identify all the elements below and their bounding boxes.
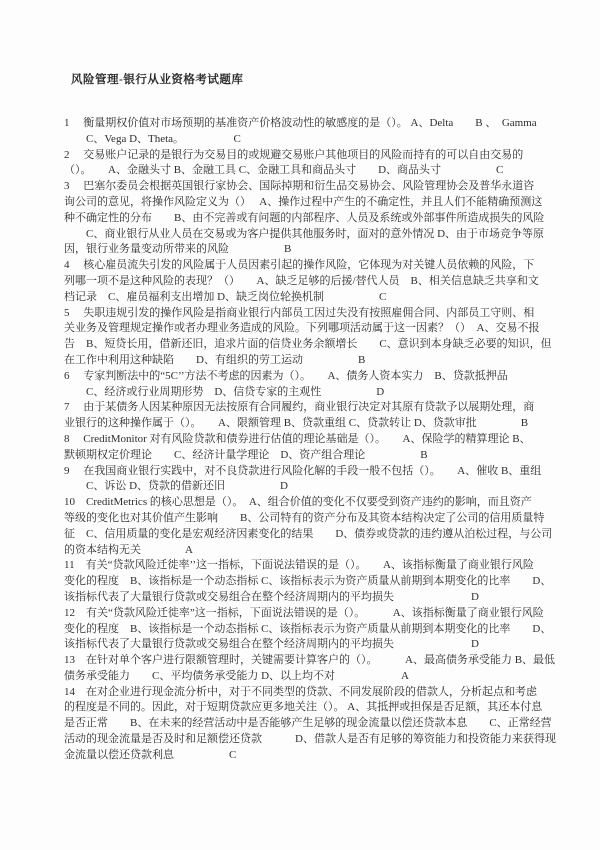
question-item: 5 失职违规引发的操作风险是指商业银行内部员工因过失没有按照雇佣合同、内部员工守… bbox=[64, 306, 564, 369]
question-line: 在工作中利用这种缺陷 D、有组织的劳工运动 B bbox=[64, 353, 564, 369]
question-item: 9 在我国商业银行实践中，对不良贷款进行风险化解的手段一般不包括（）。 A、催收… bbox=[64, 464, 564, 496]
question-item: 14 在对企业进行现金流分析中，对于不同类型的贷款、不同发展阶段的借款人，分析起… bbox=[64, 685, 564, 764]
question-line: 9 在我国商业银行实践中，对不良贷款进行风险化解的手段一般不包括（）。 A、催收… bbox=[64, 464, 564, 480]
question-line: 2 交易账户记录的是银行为交易目的或规避交易账户其他项目的风险而持有的可以自由交… bbox=[64, 148, 564, 164]
question-line: 金流量以偿还贷款利息 C bbox=[64, 748, 564, 764]
question-line: 10 CreditMetrics 的核心思想是（）。 A、组合价值的变化不仅要受… bbox=[64, 495, 564, 511]
question-line: 活动的现金流量是否及时和足额偿还贷款 D、借款人是否有足够的筹资能力和投资能力来… bbox=[64, 732, 564, 748]
question-line: 该指标代表了大量银行贷款或交易组合在整个经济周期内的平均损失 D bbox=[64, 637, 564, 653]
question-line: 档记录 C、雇员福利支出增加 D、缺乏岗位轮换机制 C bbox=[64, 290, 564, 306]
question-item: 6 专家判断法中的“5C’’方法不考虑的因素为（）。 A、债务人资本实力 B、贷… bbox=[64, 369, 564, 401]
question-line: 种不确定性的分布 B、由不完善或有问题的内部程序、人员及系统或外部事件所造成损失… bbox=[64, 211, 564, 227]
document-title: 风险管理-银行从业资格考试题库 bbox=[71, 71, 243, 87]
question-item: 1 衡量期权价值对市场预期的基准资产价格波动性的敏感度的是（）。 A、Delta… bbox=[64, 116, 564, 148]
question-line: C、诉讼 D、贷款的借新还旧 D bbox=[64, 479, 564, 495]
question-line: 5 失职违规引发的操作风险是指商业银行内部员工因过失没有按照雇佣合同、内部员工守… bbox=[64, 306, 564, 322]
question-item: 10 CreditMetrics 的核心思想是（）。 A、组合价值的变化不仅要受… bbox=[64, 495, 564, 558]
question-line: 1 衡量期权价值对市场预期的基准资产价格波动性的敏感度的是（）。 A、Delta… bbox=[64, 116, 564, 132]
question-item: 4 核心雇员流失引发的风险属于人员因素引起的操作风险，它体现为对关键人员依赖的风… bbox=[64, 258, 564, 305]
question-line: （）。 A、金融头寸 B、金融工具 C、金融工具和商品头寸 D、商品头寸 C bbox=[64, 163, 564, 179]
question-line: 11 有关“贷款风险迁徙率’’这一指标，下面说法错误的是（）。 A、该指标衡量了… bbox=[64, 558, 564, 574]
question-line: 6 专家判断法中的“5C’’方法不考虑的因素为（）。 A、债务人资本实力 B、贷… bbox=[64, 369, 564, 385]
question-line: 关业务及管理规定操作或者办理业务造成的风险。下列哪项活动属于这一因素？（） A、… bbox=[64, 321, 564, 337]
question-line: C、Vega D、Theta。 C bbox=[64, 132, 564, 148]
question-item: 11 有关“贷款风险迁徙率’’这一指标，下面说法错误的是（）。 A、该指标衡量了… bbox=[64, 558, 564, 605]
question-line: 变化的程度 B、该指标是一个动态指标 C、该指标表示为资产质量从前期到本期变化的… bbox=[64, 574, 564, 590]
question-line: 征 C、信用质量的变化是宏观经济因素变化的结果 D、债券或贷款的违约遵从泊松过程… bbox=[64, 527, 564, 543]
question-line: C、商业银行从业人员在交易或为客户提供其他服务时，面对的意外情况 D、由于市场竞… bbox=[64, 227, 564, 243]
question-list: 1 衡量期权价值对市场预期的基准资产价格波动性的敏感度的是（）。 A、Delta… bbox=[64, 116, 564, 764]
question-line: 12 有关“贷款风险迁徙率”这一指标，下面说法错误的是（）。 A、该指标衡量了商… bbox=[64, 606, 564, 622]
question-line: 4 核心雇员流失引发的风险属于人员因素引起的操作风险，它体现为对关键人员依赖的风… bbox=[64, 258, 564, 274]
question-line: 列哪一项不是这种风险的表现？（） A、缺乏足够的后援/替代人员 B、相关信息缺乏… bbox=[64, 274, 564, 290]
question-item: 7 由于某债务人因某种原因无法按原有合同履约，商业银行决定对其原有贷款予以展期处… bbox=[64, 400, 564, 432]
question-line: 债务承受能力 C、平均债务承受能力 D、以上均不对 A bbox=[64, 669, 564, 685]
question-item: 13 在针对单个客户进行限额管理时，关键需要计算客户的（）。 A、最高债务承受能… bbox=[64, 653, 564, 685]
question-line: 的资本结构无关 A bbox=[64, 543, 564, 559]
question-line: 8 CreditMonitor 对有风险贷款和债券进行估值的理论基础是（）。 A… bbox=[64, 432, 564, 448]
question-line: 14 在对企业进行现金流分析中，对于不同类型的贷款、不同发展阶段的借款人，分析起… bbox=[64, 685, 564, 701]
question-item: 12 有关“贷款风险迁徙率”这一指标，下面说法错误的是（）。 A、该指标衡量了商… bbox=[64, 606, 564, 653]
question-line: 默顿期权定价理论 C、经济计量学理论 D、资产组合理论 B bbox=[64, 448, 564, 464]
question-line: 3 巴塞尔委员会根据英国银行家协会、国际掉期和衍生品交易协会、风险管理协会及普华… bbox=[64, 179, 564, 195]
question-line: 因，银行业务量变动所带来的风险 B bbox=[64, 242, 564, 258]
question-line: 告 B、短贷长用，借新还旧，追求片面的信贷业务余额增长 C、意识到本身缺乏必要的… bbox=[64, 337, 564, 353]
question-line: 7 由于某债务人因某种原因无法按原有合同履约，商业银行决定对其原有贷款予以展期处… bbox=[64, 400, 564, 416]
question-item: 2 交易账户记录的是银行为交易目的或规避交易账户其他项目的风险而持有的可以自由交… bbox=[64, 148, 564, 180]
question-line: 询公司的意见，将操作风险定义为（） A、操作过程中产生的不确定性，并且人们不能精… bbox=[64, 195, 564, 211]
question-line: 业银行的这种操作属于（）。 A、限额管理 B、贷款重组 C、贷款转让 D、贷款审… bbox=[64, 416, 564, 432]
question-line: 等级的变化也对其价值产生影响 B、公司特有的资产分布及其资本结构决定了公司的信用… bbox=[64, 511, 564, 527]
question-line: 是否正常 B、在未来的经营活动中是否能够产生足够的现金流量以偿还贷款本息 C、正… bbox=[64, 716, 564, 732]
document-page: 风险管理-银行从业资格考试题库 1 衡量期权价值对市场预期的基准资产价格波动性的… bbox=[0, 0, 600, 850]
question-line: 变化的程度 B、该指标是一个动态指标 C、该指标表示为资产质量从前期到本期变化的… bbox=[64, 622, 564, 638]
question-item: 8 CreditMonitor 对有风险贷款和债券进行估值的理论基础是（）。 A… bbox=[64, 432, 564, 464]
question-line: 该指标代表了大量银行贷款或交易组合在整个经济周期内的平均损失 D bbox=[64, 590, 564, 606]
question-line: 13 在针对单个客户进行限额管理时，关键需要计算客户的（）。 A、最高债务承受能… bbox=[64, 653, 564, 669]
question-line: C、经济或行业周期形势 D、信贷专家的主观性 D bbox=[64, 385, 564, 401]
question-item: 3 巴塞尔委员会根据英国银行家协会、国际掉期和衍生品交易协会、风险管理协会及普华… bbox=[64, 179, 564, 258]
question-line: 的程度是不同的。因此，对于短期贷款应更多地关注（）。 A、其抵押或担保是否足额，… bbox=[64, 700, 564, 716]
